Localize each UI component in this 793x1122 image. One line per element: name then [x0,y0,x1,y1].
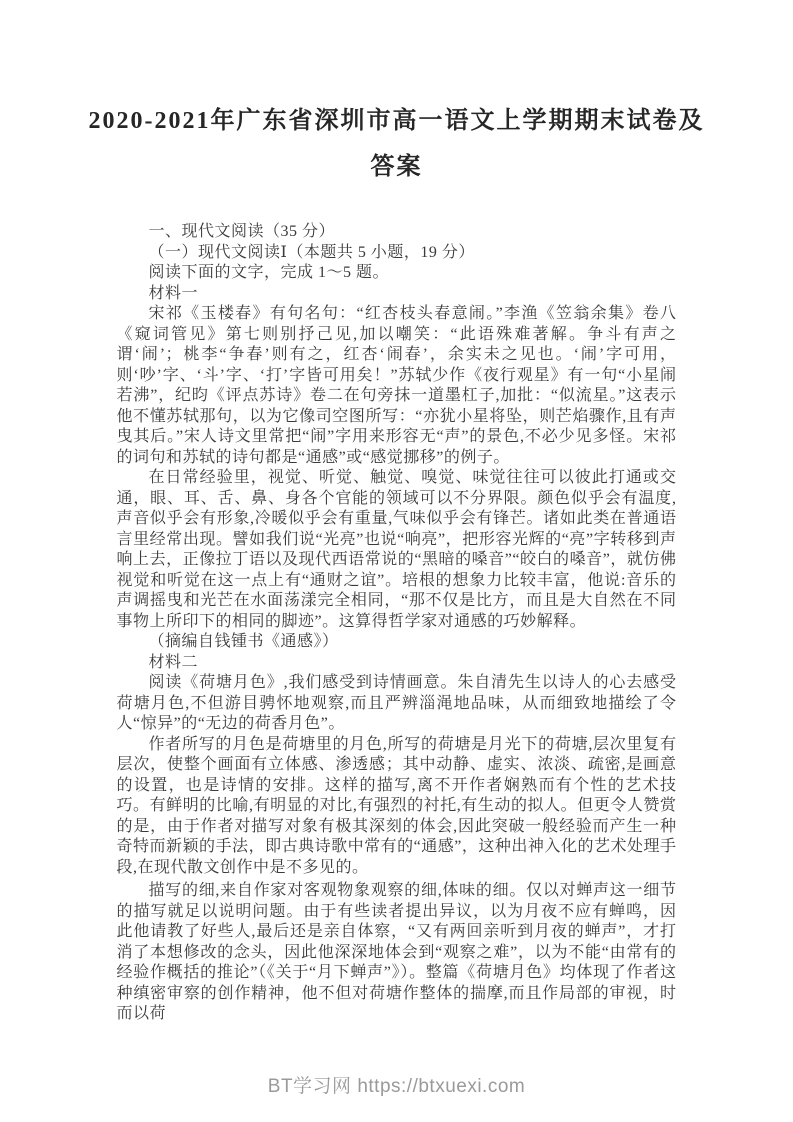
document-title: 2020-2021年广东省深圳市高一语文上学期期末试卷及 答案 [0,0,793,190]
material-one-label: 材料一 [117,284,677,305]
material-two-label: 材料二 [117,653,677,674]
material-two-paragraph-1: 阅读《荷塘月色》,我们感受到诗情画意。朱自清先生以诗人的心去感受荷塘月色,不但游… [117,673,677,735]
material-one-paragraph-2: 在日常经验里，视觉、听觉、触觉、嗅觉、味觉往往可以彼此打通或交通，眼、耳、舌、鼻… [117,468,677,632]
document-body: 一、现代文阅读（35 分） （一）现代文阅读Ⅰ（本题共 5 小题，19 分） 阅… [117,222,677,1025]
exam-document-page: 2020-2021年广东省深圳市高一语文上学期期末试卷及 答案 一、现代文阅读（… [0,0,793,1122]
watermark-footer: BT学习网 https://btxuexi.com [0,1071,793,1098]
material-one-source-attribution: （摘编自钱锺书《通感》） [117,632,677,653]
reading-instruction: 阅读下面的文字，完成 1～5 题。 [117,263,677,284]
material-two-paragraph-3: 描写的细,来自作家对客观物象观察的细,体味的细。仅以对蝉声这一细节的描写就足以说… [117,881,677,1025]
watermark-site-text: BT学习网 https://btxuexi.com [268,1076,525,1097]
material-one-paragraph-1: 宋祁《玉楼春》有句名句：“红杏枝头春意闹。”李渔《笠翁余集》卷八《窥词管见》第七… [117,304,677,468]
material-two-paragraph-2: 作者所写的月色是荷塘里的月色,所写的荷塘是月光下的荷塘,层次里复有层次，使整个画… [117,735,677,879]
document-title-line-1: 2020-2021年广东省深圳市高一语文上学期期末试卷及 [0,98,793,144]
section-heading-modern-reading: 一、现代文阅读（35 分） [117,222,677,243]
subsection-heading-reading-one: （一）现代文阅读Ⅰ（本题共 5 小题，19 分） [117,243,677,264]
document-title-line-2: 答案 [0,144,793,190]
